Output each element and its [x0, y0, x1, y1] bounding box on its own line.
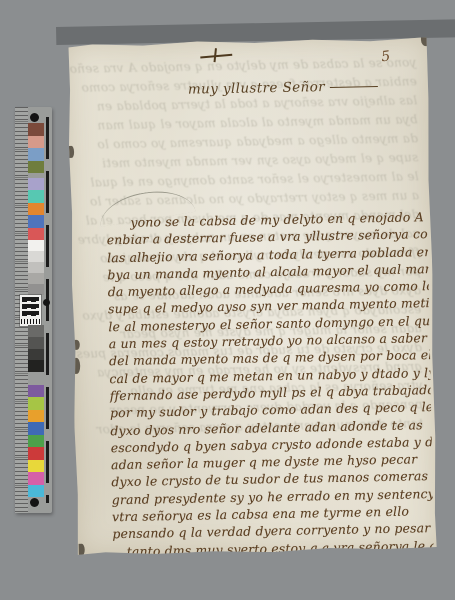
color-patch — [28, 161, 44, 174]
manuscript-line: le al monesteryo el señor santo domyngo … — [67, 167, 419, 193]
calibration-patches-bottom — [28, 385, 44, 497]
color-patch — [28, 410, 44, 422]
edge-damage — [73, 358, 80, 374]
cross-mark — [200, 47, 234, 66]
color-patch — [28, 485, 44, 497]
color-patch — [28, 240, 44, 251]
color-patch — [28, 460, 44, 472]
salutation-heading: muy yllustre Señor — [188, 78, 378, 98]
color-patch — [28, 203, 44, 215]
barcode-bars — [21, 319, 40, 324]
color-patch — [28, 284, 44, 295]
edge-damage — [69, 146, 74, 158]
manuscript-line: bya un manda myento al alcala mayor el q… — [67, 110, 418, 136]
color-patch — [28, 397, 44, 409]
color-patch — [28, 435, 44, 447]
calibration-dot-mid — [43, 299, 50, 306]
color-patch — [28, 422, 44, 434]
color-patch — [28, 349, 44, 361]
salutation-text: muy yllustre Señor — [188, 79, 325, 98]
calibration-grayscale — [28, 240, 44, 295]
color-patch — [28, 178, 44, 190]
color-patch — [28, 123, 44, 136]
calibration-dot-bottom — [30, 498, 39, 507]
color-patch — [28, 215, 44, 227]
manuscript-line: supe q el medyo ayso syn ver manda myent… — [67, 148, 418, 174]
color-patch — [28, 360, 44, 372]
calibration-barcode-block — [20, 295, 41, 326]
calibration-patches-mid — [28, 178, 44, 240]
color-patch — [28, 228, 44, 240]
color-patch — [28, 273, 44, 284]
calibration-patches-top — [28, 123, 44, 173]
color-patch — [28, 190, 44, 202]
calibration-dot-top — [30, 113, 39, 122]
manuscript-line: yono se la cabsa de my delyto en q enoja… — [67, 53, 417, 79]
color-patch — [28, 148, 44, 161]
barcode-cells — [22, 297, 39, 317]
heading-flourish — [330, 86, 378, 88]
cross-mark-horizontal — [200, 54, 232, 58]
color-patch — [28, 337, 44, 349]
calibration-registration-marks — [46, 117, 49, 503]
color-patch — [28, 385, 44, 397]
edge-damage — [421, 37, 428, 46]
calibration-dark-grayscale — [28, 325, 44, 372]
edge-damage — [79, 544, 85, 556]
color-patch — [28, 136, 44, 149]
letter-body: yono se la cabsa de my delyto en q enoja… — [106, 208, 434, 556]
color-patch — [28, 447, 44, 459]
color-calibration-strip — [15, 107, 52, 513]
color-patch — [28, 472, 44, 484]
manuscript-page: yono se la cabsa de my delyto en q enoja… — [67, 37, 438, 556]
color-patch — [28, 325, 44, 337]
archival-photo: yono se la cabsa de my delyto en q enoja… — [0, 0, 455, 600]
color-patch — [28, 262, 44, 273]
edge-damage — [74, 340, 80, 350]
manuscript-line: da myento allego a medyada quaresma yo c… — [67, 129, 418, 155]
folio-number: 5 — [380, 48, 391, 65]
color-patch — [28, 251, 44, 262]
